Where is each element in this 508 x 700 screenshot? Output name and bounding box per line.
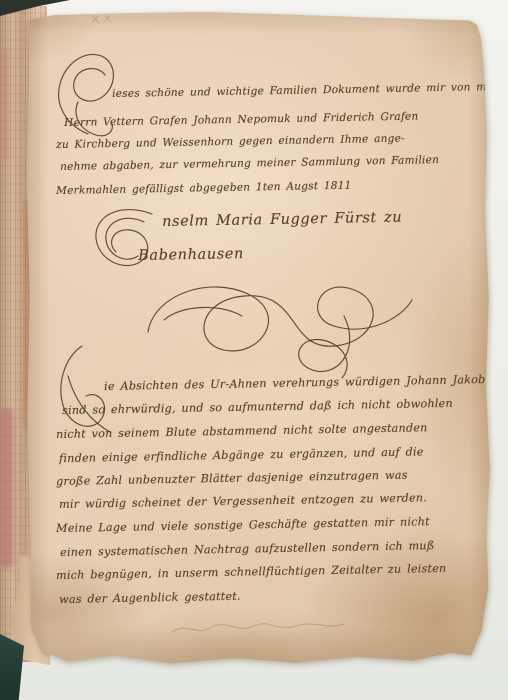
spine-pink-stain-upper: [0, 50, 9, 160]
manuscript-scan: ieses schöne und wichtige Familien Dokum…: [0, 0, 508, 700]
manuscript-line: Merkmahlen gefälligst abgegeben 1ten Aug…: [56, 180, 352, 197]
manuscript-line: mir würdig scheinet der Vergessenheit en…: [59, 491, 427, 511]
manuscript-line: mich begnügen, in unserm schnellflüchtig…: [56, 562, 447, 582]
manuscript-line: was der Augenblick gestattet.: [59, 590, 241, 606]
manuscript-line: ieses schöne und wichtige Familien Dokum…: [112, 81, 508, 100]
manuscript-line: finden einige erfindliche Abgänge zu erg…: [59, 445, 424, 465]
manuscript-line: große Zahl unbenuzter Blätter dasjenige …: [56, 469, 408, 488]
aged-paper: ieses schöne und wichtige Familien Dokum…: [26, 8, 492, 666]
faint-showthrough-scribble: [166, 608, 366, 644]
calligraphic-knot-flourish: [138, 260, 424, 388]
spine-pink-stain: [0, 408, 13, 568]
manuscript-line: nehme abgaben, zur vermehrung meiner Sam…: [60, 154, 439, 173]
pencil-mark: [90, 14, 116, 26]
manuscript-page: ieses schöne und wichtige Familien Dokum…: [26, 8, 492, 666]
manuscript-line: sind so ehrwürdig, und so aufmunternd da…: [62, 397, 453, 417]
manuscript-line: Meine Lage und viele sonstige Geschäfte …: [56, 515, 430, 535]
signature-line: nselm Maria Fugger Fürst zu: [162, 210, 402, 230]
manuscript-line: einen systematischen Nachtrag aufzustell…: [60, 539, 435, 559]
